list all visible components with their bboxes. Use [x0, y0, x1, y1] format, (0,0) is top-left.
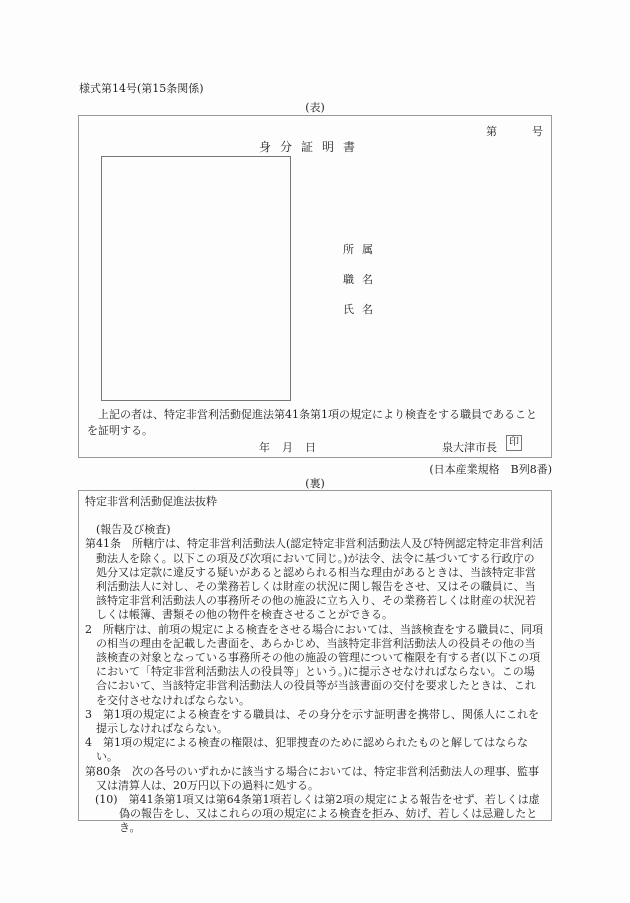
seal-box: 印 — [506, 435, 522, 451]
paragraph-2: 2 所轄庁は、前項の規定による検査をさせる場合においては、当該検査をする職員に、… — [85, 623, 545, 708]
paragraph-4: 4 第1項の規定による検査の権限は、犯罪捜査のために認められたものと解してはなら… — [85, 736, 545, 764]
paragraph-3: 3 第1項の規定による検査をする職員は、その身分を示す証明書を携帯し、関係人にこ… — [85, 708, 545, 736]
document-title: 身分証明書 — [259, 138, 364, 155]
back-side-label: (裏) — [0, 475, 630, 491]
form-number: 様式第14号(第15条関係) — [79, 80, 204, 96]
photo-area — [101, 156, 291, 401]
field-job-title: 職名 — [343, 271, 381, 287]
law-excerpt: 特定非営利活動促進法抜粋 (報告及び検査) 第41条 所轄庁は、特定非営利活動法… — [85, 495, 545, 836]
front-side-label: (表) — [0, 99, 630, 115]
section-heading: (報告及び検査) — [85, 523, 545, 537]
excerpt-title: 特定非営利活動促進法抜粋 — [85, 495, 545, 509]
issuer: 泉大津市長 — [442, 439, 497, 455]
field-name: 氏名 — [343, 301, 381, 317]
number-prefix: 第 — [486, 123, 497, 139]
issue-date: 年月日 — [259, 439, 328, 455]
id-card-back: 特定非営利活動促進法抜粋 (報告及び検査) 第41条 所轄庁は、特定非営利活動法… — [78, 490, 552, 821]
card-number: 第 号 — [486, 123, 543, 139]
article-41: 第41条 所轄庁は、特定非営利活動法人(認定特定非営利活動法人及び特例認定特定非… — [85, 537, 545, 622]
number-suffix: 号 — [532, 123, 543, 139]
field-affiliation: 所属 — [343, 241, 381, 257]
article-80: 第80条 次の各号のいずれかに該当する場合においては、特定非営利活動法人の理事、… — [85, 765, 545, 793]
item-10: (10) 第41条第1項又は第64条第1項若しくは第2項の規定による報告をせず、… — [85, 793, 545, 836]
id-card-front: 第 号 身分証明書 所属 職名 氏名 上記の者は、特定非営利活動促進法第41条第… — [78, 115, 552, 458]
certification-text: 上記の者は、特定非営利活動促進法第41条第1項の規定により検査をする職員であるこ… — [87, 407, 543, 439]
